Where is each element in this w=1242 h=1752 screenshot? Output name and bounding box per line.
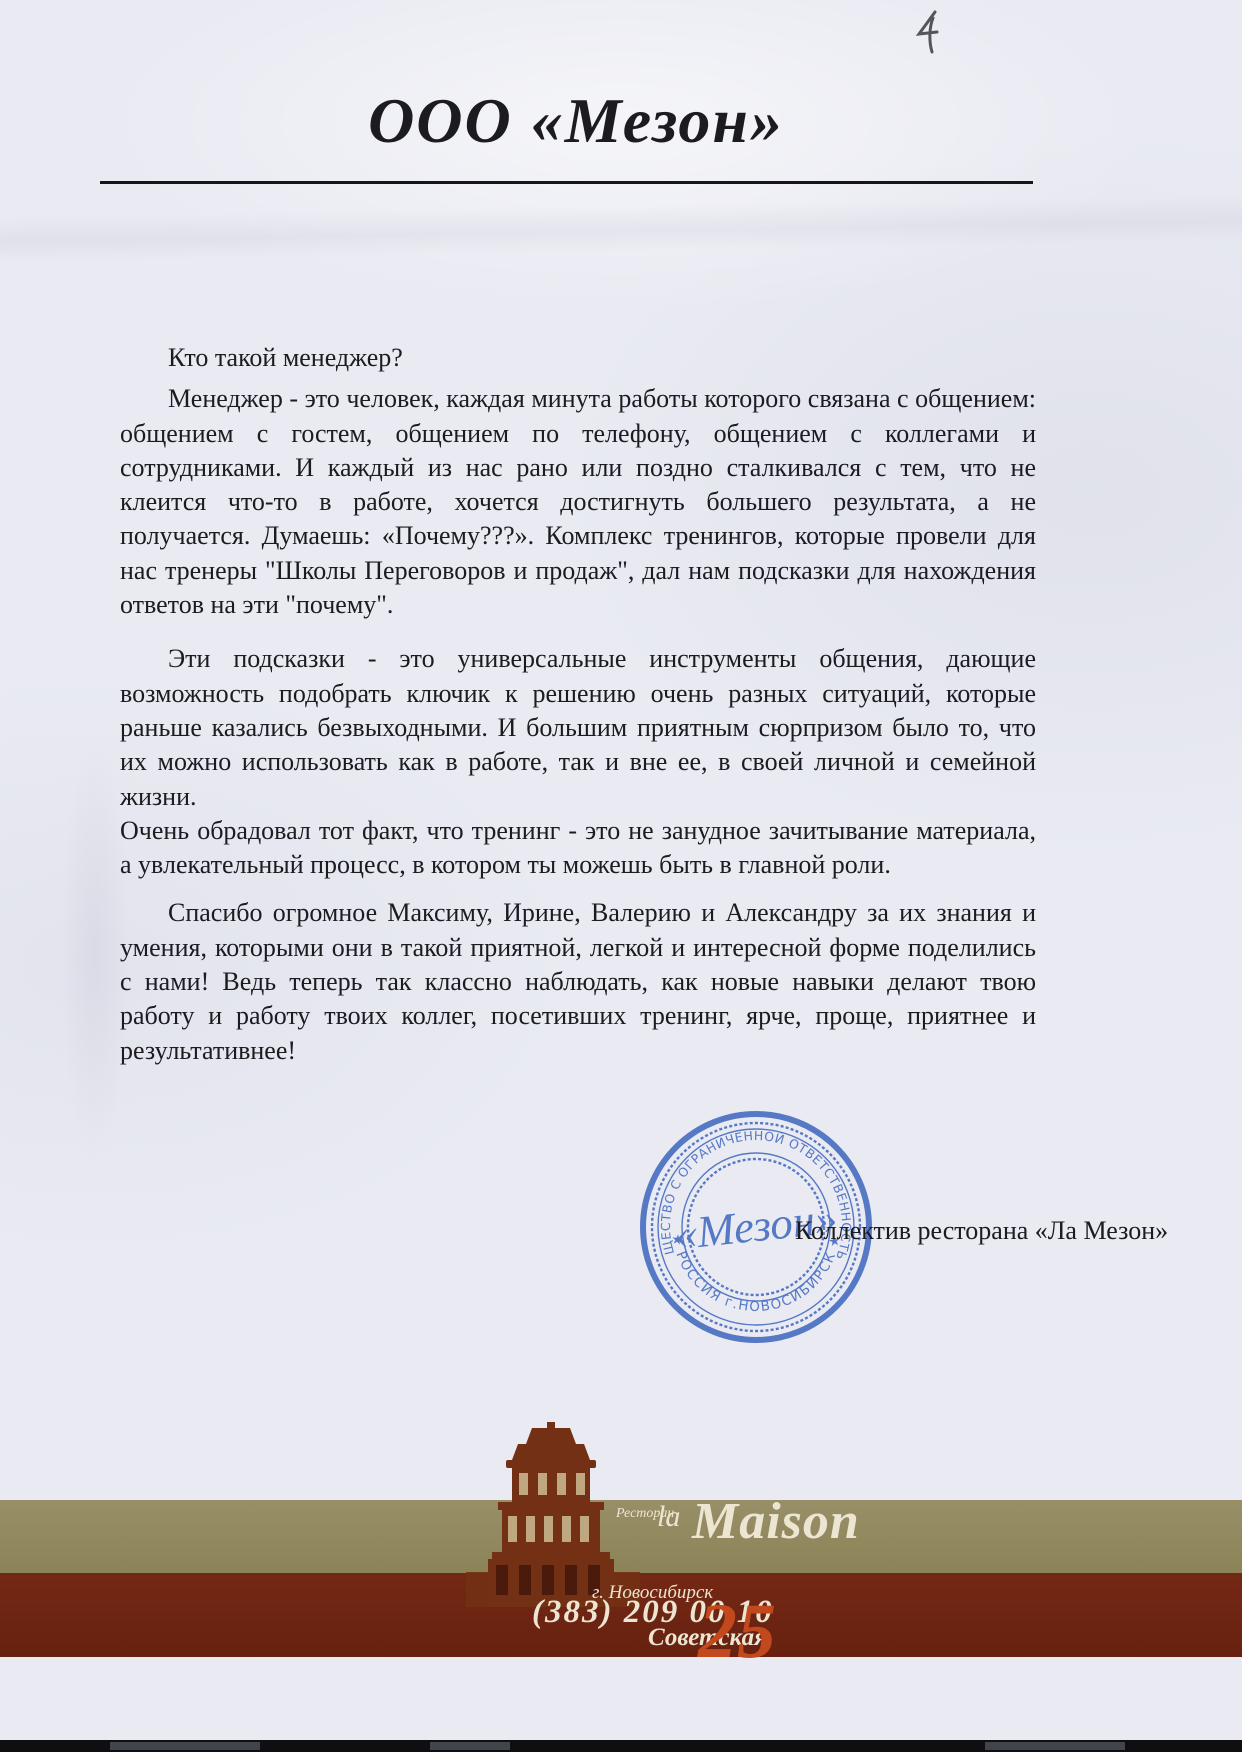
letter-paragraph: Эти подсказки - это универсальные инстру… [120,642,1036,813]
brand-name: Maison [692,1492,860,1551]
letter-paragraph: Очень обрадовал тот факт, что тренинг - … [120,814,1036,883]
footer-street-number: 25 [698,1592,776,1670]
title-rule [100,181,1033,184]
signature-line: Коллектив ресторана «Ла Мезон» [795,1216,1168,1246]
scan-strip-segment [430,1742,510,1750]
letter-body: Кто такой менеджер? Менеджер - это челов… [120,341,1036,1068]
pen-mark [905,8,951,58]
brand-article: la [657,1500,680,1534]
page-title: ООО «Мезон» [0,84,1152,158]
scanned-letter-page: ООО «Мезон» Кто такой менеджер? Менеджер… [0,0,1242,1752]
scan-edge-strip [0,1740,1242,1752]
scan-strip-segment [985,1742,1125,1750]
scan-crease [0,195,1242,263]
letter-paragraph: Менеджер - это человек, каждая минута ра… [120,382,1036,622]
letter-heading: Кто такой менеджер? [120,341,1036,375]
letter-paragraph: Спасибо огромное Максиму, Ирине, Валерию… [120,896,1036,1067]
scan-strip-segment [110,1742,260,1750]
